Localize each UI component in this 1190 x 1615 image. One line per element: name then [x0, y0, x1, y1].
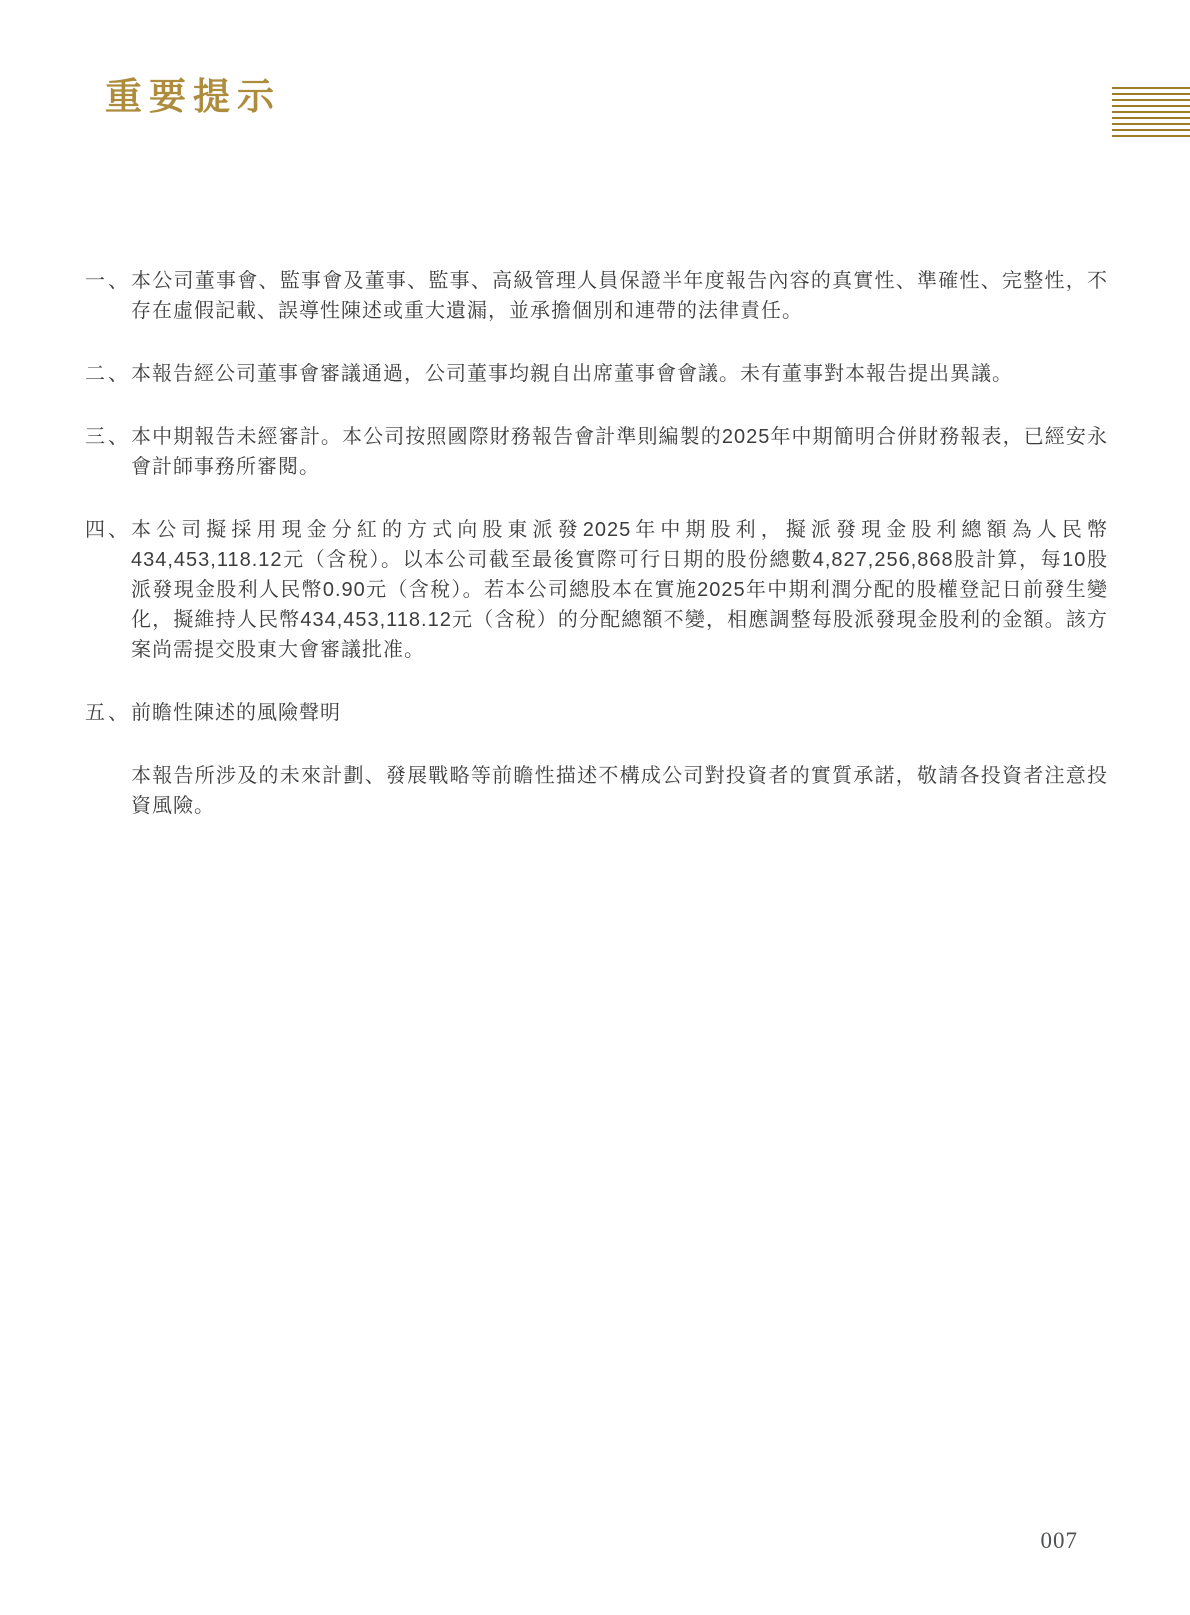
deco-line — [1112, 129, 1190, 131]
notice-item-1: 一、 本公司董事會、監事會及董事、監事、高級管理人員保證半年度報告內容的真實性、… — [85, 266, 1108, 326]
deco-line — [1112, 99, 1190, 101]
notice-text: 前瞻性陳述的風險聲明 本報告所涉及的未來計劃、發展戰略等前瞻性描述不構成公司對投… — [131, 698, 1108, 821]
deco-line — [1112, 87, 1190, 89]
notice-text: 本報告經公司董事會審議通過，公司董事均親自出席董事會會議。未有董事對本報告提出異… — [131, 359, 1108, 389]
corner-lines-decoration — [1112, 87, 1190, 137]
deco-line — [1112, 93, 1190, 95]
deco-line — [1112, 105, 1190, 107]
notice-number: 四、 — [85, 515, 131, 665]
notice-item-2: 二、 本報告經公司董事會審議通過，公司董事均親自出席董事會會議。未有董事對本報告… — [85, 359, 1108, 389]
notice-item-4: 四、 本公司擬採用現金分紅的方式向股東派發2025年中期股利，擬派發現金股利總額… — [85, 515, 1108, 665]
page-number: 007 — [1041, 1528, 1079, 1554]
notice-number: 二、 — [85, 359, 131, 389]
report-page: { "page": { "title": "重要提示", "page_numbe… — [0, 0, 1190, 1615]
notice-heading: 前瞻性陳述的風險聲明 — [131, 698, 1108, 728]
notice-text: 本公司擬採用現金分紅的方式向股東派發2025年中期股利，擬派發現金股利總額為人民… — [131, 515, 1108, 665]
notice-text: 本公司董事會、監事會及董事、監事、高級管理人員保證半年度報告內容的真實性、準確性… — [131, 266, 1108, 326]
deco-line — [1112, 123, 1190, 125]
notice-text: 本中期報告未經審計。本公司按照國際財務報告會計準則編製的2025年中期簡明合併財… — [131, 422, 1108, 482]
notice-subtext: 本報告所涉及的未來計劃、發展戰略等前瞻性描述不構成公司對投資者的實質承諾，敬請各… — [131, 761, 1108, 821]
notice-list: 一、 本公司董事會、監事會及董事、監事、高級管理人員保證半年度報告內容的真實性、… — [85, 266, 1108, 854]
notice-number: 三、 — [85, 422, 131, 482]
notice-item-5: 五、 前瞻性陳述的風險聲明 本報告所涉及的未來計劃、發展戰略等前瞻性描述不構成公… — [85, 698, 1108, 821]
deco-line — [1112, 111, 1190, 113]
deco-line — [1112, 117, 1190, 119]
page-title: 重要提示 — [105, 76, 281, 120]
notice-number: 五、 — [85, 698, 131, 821]
notice-item-3: 三、 本中期報告未經審計。本公司按照國際財務報告會計準則編製的2025年中期簡明… — [85, 422, 1108, 482]
deco-line — [1112, 135, 1190, 137]
notice-number: 一、 — [85, 266, 131, 326]
